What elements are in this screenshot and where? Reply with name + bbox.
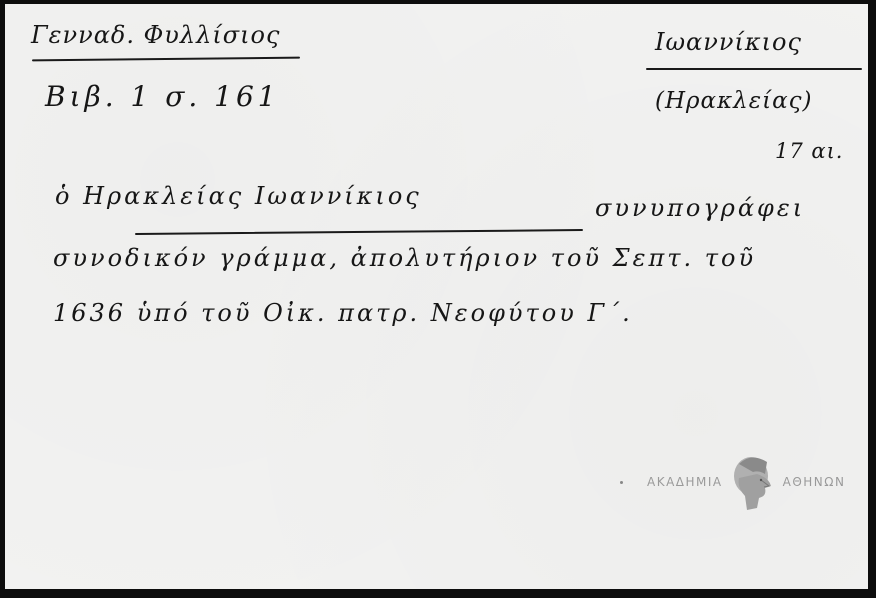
- entry-century: 17 αι.: [775, 139, 844, 163]
- body-line-3: 1636 ὑπό τοῦ Οἰκ. πατρ. Νεοφύτου Γ΄.: [53, 299, 633, 327]
- source-author: Γενναδ. Φυλλίσιος: [31, 21, 280, 49]
- stamp-dot: [620, 481, 623, 484]
- source-reference: Βιβ. 1 σ. 161: [45, 80, 280, 113]
- body-line-1: ὁ Ηρακλείας Ιωαννίκιος: [55, 182, 422, 210]
- stamp-text-right: ΑΘΗΝΩΝ: [783, 475, 846, 489]
- body-line-1-end: συνυπογράφει: [595, 194, 805, 222]
- name-underline: [135, 229, 583, 235]
- entry-origin: (Ηρακλείας): [655, 88, 813, 114]
- academy-stamp: ΑΚΑΔΗΜΙΑ ΑΘΗΝΩΝ: [620, 447, 845, 517]
- entry-name: Ιωαννίκιος: [655, 28, 802, 56]
- body-line-2: συνοδικόν γράμμα, ἀπολυτήριον τοῦ Σεπτ. …: [53, 244, 756, 272]
- athena-head-icon: [731, 452, 775, 512]
- index-card: Γενναδ. Φυλλίσιος Βιβ. 1 σ. 161 Ιωαννίκι…: [5, 4, 868, 589]
- stamp-text-left: ΑΚΑΔΗΜΙΑ: [647, 475, 723, 489]
- divider-left: [32, 57, 300, 62]
- divider-right: [646, 68, 862, 70]
